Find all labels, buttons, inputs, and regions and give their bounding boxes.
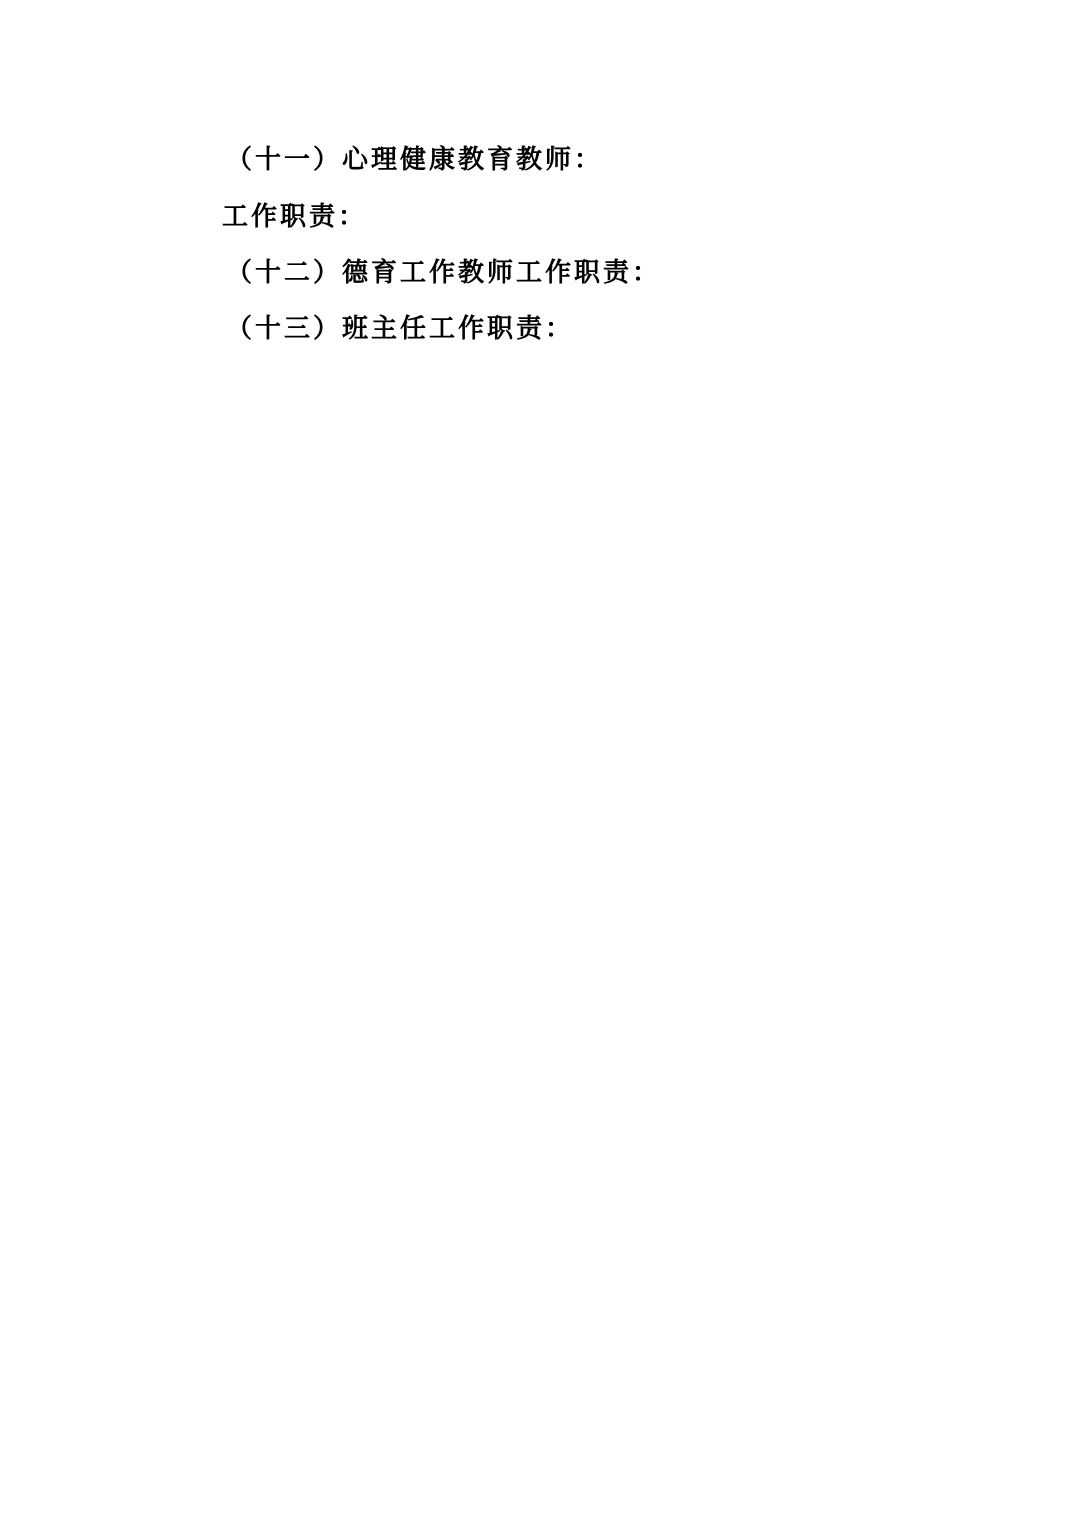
document-page: （十一）心理健康教育教师： 工作职责： （十二）德育工作教师工作职责： （十三）… <box>0 0 1080 1527</box>
section-heading-class-teacher-duties: （十三）班主任工作职责： <box>226 313 574 345</box>
section-heading-moral-education-teacher-duties: （十二）德育工作教师工作职责： <box>226 257 661 289</box>
section-heading-psychological-health-teacher: （十一）心理健康教育教师： <box>226 144 603 176</box>
subheading-job-duties: 工作职责： <box>222 201 367 233</box>
